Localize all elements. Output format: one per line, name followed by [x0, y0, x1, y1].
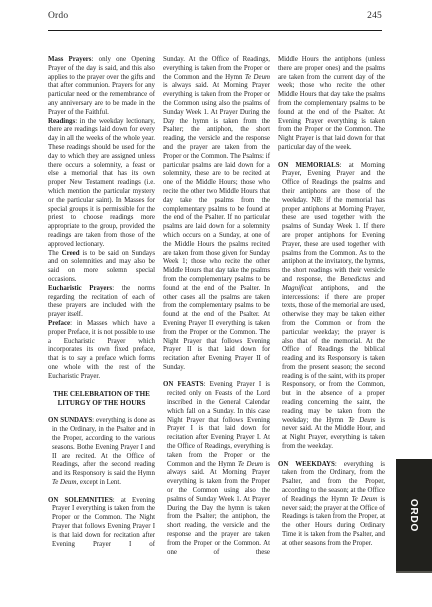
paragraph: ON WEEKDAYS: everything is taken from th…: [278, 461, 385, 549]
ordo-tab-label: ORDO: [408, 498, 419, 531]
header-rule: [48, 30, 382, 31]
running-header: Ordo 245: [48, 11, 382, 21]
paragraph: Mass Prayers: only one Opening Prayer of…: [48, 56, 155, 118]
paragraph: Preface: in Masses which have a proper P…: [48, 320, 155, 382]
paragraph: ON SOLEMNITIES: at Evening Prayer I ever…: [48, 497, 155, 550]
ordo-thumb-tab: ORDO: [396, 459, 432, 573]
paragraph: ON FEASTS: Evening Prayer I is recited o…: [163, 381, 270, 557]
page-number: 245: [367, 11, 382, 21]
section-heading: THE CELEBRATION OF THE LITURGY OF THE HO…: [51, 390, 152, 408]
text-columns: Mass Prayers: only one Opening Prayer of…: [48, 56, 385, 557]
text-column-3: Middle Hours the antiphons (unless there…: [278, 56, 385, 557]
paragraph: Middle Hours the antiphons (unless there…: [278, 56, 385, 153]
text-column-2: Sunday. At the Office of Readings, every…: [163, 56, 270, 557]
text-column-1: Mass Prayers: only one Opening Prayer of…: [48, 56, 155, 557]
page-title: Ordo: [48, 11, 68, 21]
paragraph: Sunday. At the Office of Readings, every…: [163, 56, 270, 373]
book-page: Ordo 245 Mass Prayers: only one Opening …: [0, 0, 432, 607]
paragraph: ON SUNDAYS: everything is done as in the…: [48, 417, 155, 487]
paragraph: Readings: in the weekday lectionary, the…: [48, 118, 155, 250]
paragraph: Eucharistic Prayers: the norms regarding…: [48, 285, 155, 320]
paragraph: The Creed is to be said on Sundays and o…: [48, 250, 155, 285]
paragraph: ON MEMORIALS: at Morning Prayer, Evening…: [278, 162, 385, 452]
